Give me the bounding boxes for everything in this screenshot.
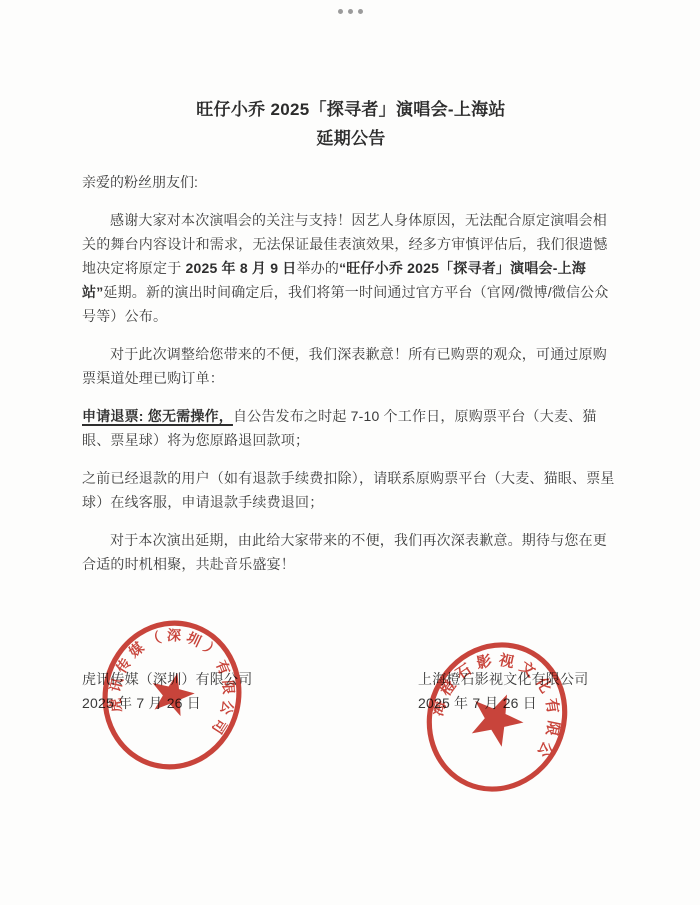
star-icon — [463, 684, 532, 751]
paragraph-reason: 感谢大家对本次演唱会的关注与支持！因艺人身体原因，无法配合原定演唱会相关的舞台内… — [82, 208, 620, 328]
announcement-document: 旺仔小乔 2025「探寻者」演唱会-上海站 延期公告 亲爱的粉丝朋友们: 感谢大… — [82, 0, 620, 576]
paragraph-reason-mid: 举办的 — [296, 260, 339, 276]
document-title: 旺仔小乔 2025「探寻者」演唱会-上海站 延期公告 — [82, 95, 620, 153]
greeting-line: 亲爱的粉丝朋友们: — [82, 170, 620, 194]
original-date-bold: 2025 年 8 月 9 日 — [186, 260, 297, 276]
paragraph-reason-end: 延期。新的演出时间确定后，我们将第一时间通过官方平台（官网/微博/微信公众号等）… — [82, 284, 609, 324]
title-line-1: 旺仔小乔 2025「探寻者」演唱会-上海站 — [82, 95, 620, 124]
company-seal-left: 虎讯传媒（深圳）有限公司 — [80, 599, 264, 791]
paragraph-apology: 对于此次调整给您带来的不便，我们深表歉意！所有已购票的观众，可通过原购票渠道处理… — [82, 342, 620, 390]
paragraph-prior-refunds: 之前已经退款的用户（如有退款手续费扣除），请联系原购票平台（大麦、猫眼、票星球）… — [82, 466, 620, 514]
star-icon — [147, 668, 199, 718]
title-line-2: 延期公告 — [82, 124, 620, 153]
company-seal-right: 上海橙石影视文化有限公司 — [396, 612, 599, 821]
paragraph-closing: 对于本次演出延期，由此给大家带来的不便，我们再次深表歉意。期待与您在更合适的时机… — [82, 528, 620, 576]
paragraph-refund: 申请退票: 您无需操作，自公告发布之时起 7-10 个工作日，原购票平台（大麦、… — [82, 404, 620, 452]
refund-lead-bold-underline: 申请退票: 您无需操作， — [82, 408, 233, 424]
